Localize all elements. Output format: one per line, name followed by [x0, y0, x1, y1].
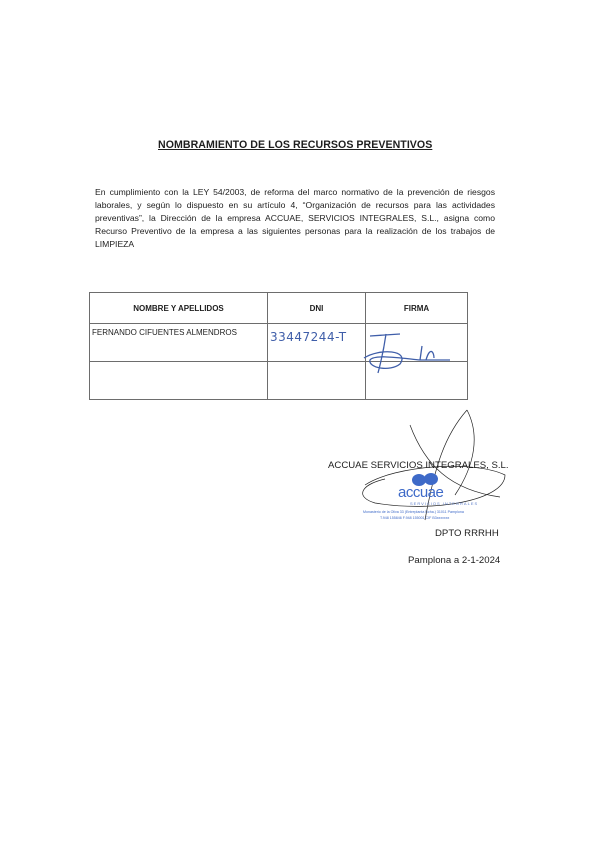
stamp-subtitle: SERVICIOS INTEGRALES [410, 501, 478, 506]
handwritten-signature-icon [360, 328, 460, 378]
stamp-address: Monasterio de la Oliva 33 (Entreplanta D… [363, 510, 464, 514]
table-header-row: NOMBRE Y APELLIDOS DNI FIRMA [90, 293, 468, 324]
intro-paragraph: En cumplimiento con la LEY 54/2003, de r… [95, 186, 495, 251]
person-name [90, 362, 267, 366]
stamp-contact: T.948 155846 F.948 155001 CIF B3xxxxxxx [380, 516, 449, 520]
person-dni: 33447244-T [268, 324, 365, 344]
document-title: NOMBRAMIENTO DE LOS RECURSOS PREVENTIVOS [158, 139, 432, 151]
person-dni [268, 362, 365, 368]
header-name: NOMBRE Y APELLIDOS [90, 293, 268, 324]
header-dni: DNI [268, 293, 366, 324]
place-and-date: Pamplona a 2-1-2024 [408, 555, 500, 566]
header-signature: FIRMA [366, 293, 468, 324]
stamp-logo-text: accuae [398, 484, 443, 501]
person-name: FERNANDO CIFUENTES ALMENDROS [90, 324, 267, 337]
department: DPTO RRRHH [435, 528, 499, 539]
company-name: ACCUAE SERVICIOS INTEGRALES, S.L. [328, 460, 509, 471]
